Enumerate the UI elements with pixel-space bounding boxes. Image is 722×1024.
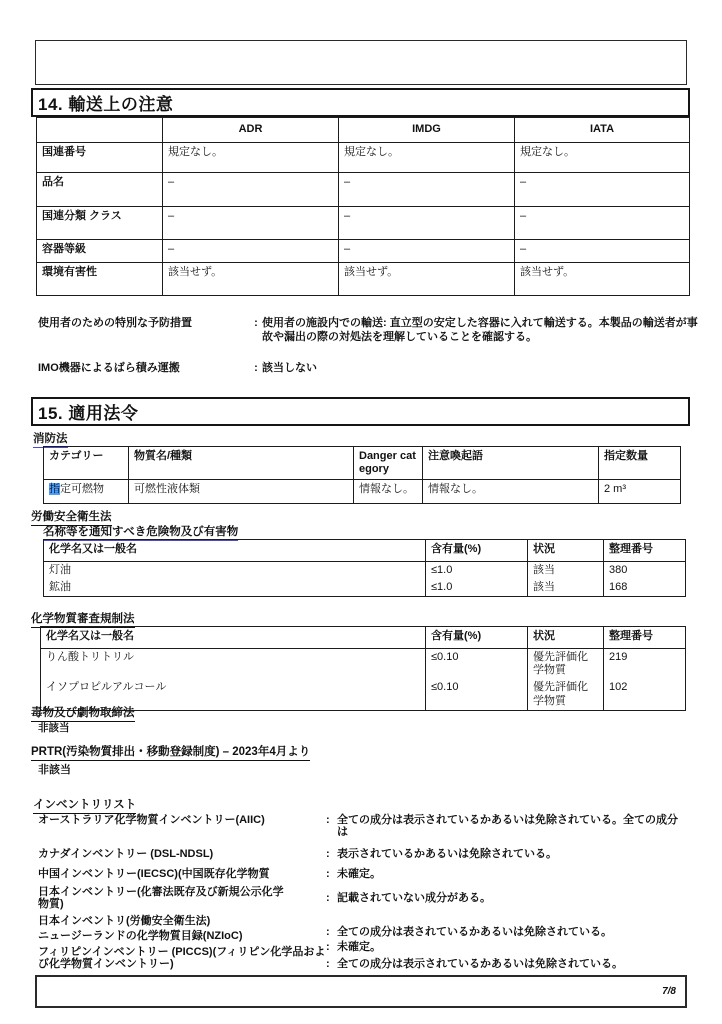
transport-header-empty	[37, 118, 163, 143]
transport-cell: 規定なし。	[339, 143, 515, 173]
colon-separator: :	[326, 814, 337, 838]
inventory-row-canada: カナダインベントリー (DSL-NDSL) : 表示されているかあるいは免除され…	[38, 848, 688, 860]
prtr-heading: PRTR(汚染物質排出・移動登録制度) – 2023年4月より	[31, 743, 310, 761]
cscl-status-cell: 優先評価化学物質	[528, 679, 604, 710]
inventory-row-japan-encs: 日本インベントリー(化審法既存及び新規公示化学 物質) : 記載されていない成分…	[38, 886, 688, 910]
transport-header-iata: IATA	[515, 118, 690, 143]
page-number: 7/8	[662, 986, 676, 997]
inventory-label: フィリピンインベントリー (PICCS)(フィリピン化学品およ び化学物質インベ…	[38, 946, 326, 970]
inventory-label-line1: フィリピンインベントリー (PICCS)(フィリピン化学品およ	[38, 946, 326, 958]
fire-law-data-row: 指定可燃物 可燃性液体類 情報なし。 情報なし。 2 m³	[44, 480, 681, 504]
ishl-header-name: 化学名又は一般名	[44, 540, 426, 562]
section-15-title: 15. 適用法令	[38, 399, 138, 424]
transport-header-adr: ADR	[163, 118, 339, 143]
ishl-header-status: 状況	[528, 540, 604, 562]
cscl-content-cell: ≤0.10	[426, 679, 528, 710]
colon-separator: :	[326, 868, 337, 880]
poison-law-value: 非該当	[38, 720, 70, 735]
cscl-status-cell: 優先評価化学物質	[528, 649, 604, 680]
ishl-content-cell: ≤1.0	[426, 579, 528, 597]
page-footer-box: 7/8	[35, 975, 687, 1008]
section-14-title: 14. 輸送上の注意	[38, 90, 173, 115]
cscl-name-cell: りん酸トリトリル	[41, 649, 426, 680]
inventory-list: オーストラリア化学物質インベントリー(AIIC) : 全ての成分は表示されている…	[38, 814, 688, 970]
transport-row-label: 国連分類 クラス	[37, 207, 163, 240]
fire-law-header-row: カテゴリー 物質名/種類 Danger category 注意喚起語 指定数量	[44, 447, 681, 480]
ishl-name-cell: 灯油	[44, 562, 426, 580]
inventory-row-japan-ishl: 日本インベントリ(労働安全衛生法) : 全ての成分は表されているかあるいは免除さ…	[38, 915, 688, 927]
transport-header-row: ADR IMDG IATA	[37, 118, 690, 143]
ishl-header-content: 含有量(%)	[426, 540, 528, 562]
ishl-status-cell: 該当	[528, 579, 604, 597]
ishl-table: 化学名又は一般名 含有量(%) 状況 整理番号 灯油 ≤1.0 該当 380 鉱…	[43, 539, 686, 597]
table-row: 国連分類 クラス – – –	[37, 207, 690, 240]
inventory-value: 未確定。	[337, 868, 688, 880]
inventory-label: 中国インベントリー(IECSC)(中国既存化学物質	[38, 868, 326, 880]
inventory-value: 全ての成分は表示されているかあるいは免除されている。全ての成分は	[337, 814, 688, 838]
section-15-title-box: 15. 適用法令	[31, 397, 690, 426]
colon-separator: :	[250, 317, 262, 345]
colon-separator: :	[326, 958, 337, 970]
imo-bulk-label: IMO機器によるばら積み運搬	[38, 362, 250, 376]
fire-law-quantity-cell: 2 m³	[599, 480, 681, 504]
transport-cell: –	[163, 240, 339, 263]
transport-cell: –	[515, 240, 690, 263]
transport-row-label: 容器等級	[37, 240, 163, 263]
fire-law-category-cell: 指定可燃物	[44, 480, 129, 504]
cscl-header-name: 化学名又は一般名	[41, 627, 426, 649]
fire-law-header-category: カテゴリー	[44, 447, 129, 480]
ishl-content-cell: ≤1.0	[426, 562, 528, 580]
ishl-header-row: 化学名又は一般名 含有量(%) 状況 整理番号	[44, 540, 686, 562]
cscl-header-row: 化学名又は一般名 含有量(%) 状況 整理番号	[41, 627, 686, 649]
fire-law-signal-cell: 情報なし。	[423, 480, 599, 504]
inventory-label-line2: 物質)	[38, 898, 326, 910]
fire-law-category-text: 定可燃物	[60, 483, 104, 495]
table-row: 国連番号 規定なし。 規定なし。 規定なし。	[37, 143, 690, 173]
inventory-row-china: 中国インベントリー(IECSC)(中国既存化学物質 : 未確定。	[38, 868, 688, 880]
cscl-content-cell: ≤0.10	[426, 649, 528, 680]
fire-law-header-substance: 物質名/種類	[129, 447, 354, 480]
fire-law-danger-cell: 情報なし。	[354, 480, 423, 504]
cscl-number-cell: 219	[604, 649, 686, 680]
inventory-label: ニュージーランドの化学物質目録(NZIoC)	[38, 930, 326, 942]
cscl-header-status: 状況	[528, 627, 604, 649]
ishl-number-cell: 380	[604, 562, 686, 580]
transport-cell: –	[163, 207, 339, 240]
inventory-value: 全ての成分は表されているかあるいは免除されている。	[337, 926, 688, 938]
special-precautions-row: 使用者のための特別な予防措置 : 使用者の施設内での輸送: 直立型の安定した容器…	[38, 317, 700, 345]
special-precautions-line1: 使用者の施設内での輸送: 直立型の安定した容器に入れて輸送する。本製品の輸送者が…	[262, 317, 700, 331]
inventory-label-line1: 日本インベントリー(化審法既存及び新規公示化学	[38, 886, 326, 898]
imo-bulk-row: IMO機器によるばら積み運搬 : 該当しない	[38, 362, 700, 376]
inventory-row-aiic: オーストラリア化学物質インベントリー(AIIC) : 全ての成分は表示されている…	[38, 814, 688, 838]
transport-cell: 該当せず。	[515, 263, 690, 296]
transport-row-label: 国連番号	[37, 143, 163, 173]
table-row: 環境有害性 該当せず。 該当せず。 該当せず。	[37, 263, 690, 296]
transport-cell: 規定なし。	[163, 143, 339, 173]
inventory-label: オーストラリア化学物質インベントリー(AIIC)	[38, 814, 326, 838]
transport-cell: 規定なし。	[515, 143, 690, 173]
cscl-header-content: 含有量(%)	[426, 627, 528, 649]
ishl-status-cell: 該当	[528, 562, 604, 580]
inventory-heading: インベントリリスト	[33, 796, 136, 814]
special-precautions-line2: 故や漏出の際の対処法を理解していることを確認する。	[262, 331, 700, 345]
special-precautions-label: 使用者のための特別な予防措置	[38, 317, 250, 345]
transport-cell: 該当せず。	[339, 263, 515, 296]
fire-law-table: カテゴリー 物質名/種類 Danger category 注意喚起語 指定数量 …	[43, 446, 681, 504]
transport-cell: 該当せず。	[163, 263, 339, 296]
ishl-name-cell: 鉱油	[44, 579, 426, 597]
inventory-value: 表示されているかあるいは免除されている。	[337, 848, 688, 860]
section-14-title-box: 14. 輸送上の注意	[31, 88, 690, 117]
special-precautions-value: 使用者の施設内での輸送: 直立型の安定した容器に入れて輸送する。本製品の輸送者が…	[262, 317, 700, 345]
colon-separator: :	[326, 926, 337, 938]
fire-law-header-signal: 注意喚起語	[423, 447, 599, 480]
cscl-data-row: イソプロピルアルコール ≤0.10 優先評価化学物質 102	[41, 679, 686, 710]
inventory-label: 日本インベントリ(労働安全衛生法)	[38, 915, 326, 927]
transport-table: ADR IMDG IATA 国連番号 規定なし。 規定なし。 規定なし。 品名 …	[36, 117, 690, 296]
selection-highlight: 指	[49, 483, 60, 495]
fire-law-header-danger: Danger category	[354, 447, 423, 480]
inventory-value: 未確定。	[337, 941, 688, 953]
transport-cell: –	[163, 173, 339, 207]
colon-separator: :	[326, 848, 337, 860]
ishl-number-cell: 168	[604, 579, 686, 597]
inventory-label-line2: び化学物質インベントリー)	[38, 958, 326, 970]
ishl-data-row: 灯油 ≤1.0 該当 380	[44, 562, 686, 580]
table-row: 品名 – – –	[37, 173, 690, 207]
ishl-header-number: 整理番号	[604, 540, 686, 562]
page-header-box	[35, 40, 687, 85]
cscl-header-number: 整理番号	[604, 627, 686, 649]
imo-bulk-value: 該当しない	[262, 362, 700, 376]
ishl-data-row: 鉱油 ≤1.0 該当 168	[44, 579, 686, 597]
transport-cell: –	[515, 173, 690, 207]
inventory-label: 日本インベントリー(化審法既存及び新規公示化学 物質)	[38, 886, 326, 910]
colon-separator: :	[250, 362, 262, 376]
inventory-value: 記載されていない成分がある。	[337, 892, 688, 904]
colon-separator: :	[326, 892, 337, 904]
transport-header-imdg: IMDG	[339, 118, 515, 143]
sds-document-page: 14. 輸送上の注意 ADR IMDG IATA 国連番号 規定なし。 規定なし…	[0, 0, 722, 1024]
inventory-label: カナダインベントリー (DSL-NDSL)	[38, 848, 326, 860]
transport-row-label: 品名	[37, 173, 163, 207]
inventory-value: 全ての成分は表示されているかあるいは免除されている。	[337, 958, 688, 970]
transport-cell: –	[339, 240, 515, 263]
cscl-table: 化学名又は一般名 含有量(%) 状況 整理番号 りん酸トリトリル ≤0.10 優…	[40, 626, 686, 711]
fire-law-header-quantity: 指定数量	[599, 447, 681, 480]
cscl-number-cell: 102	[604, 679, 686, 710]
transport-cell: –	[515, 207, 690, 240]
prtr-value: 非該当	[38, 761, 71, 777]
cscl-data-row: りん酸トリトリル ≤0.10 優先評価化学物質 219	[41, 649, 686, 680]
transport-row-label: 環境有害性	[37, 263, 163, 296]
colon-separator: :	[326, 941, 337, 953]
fire-law-substance-cell: 可燃性液体類	[129, 480, 354, 504]
transport-cell: –	[339, 173, 515, 207]
transport-cell: –	[339, 207, 515, 240]
table-row: 容器等級 – – –	[37, 240, 690, 263]
